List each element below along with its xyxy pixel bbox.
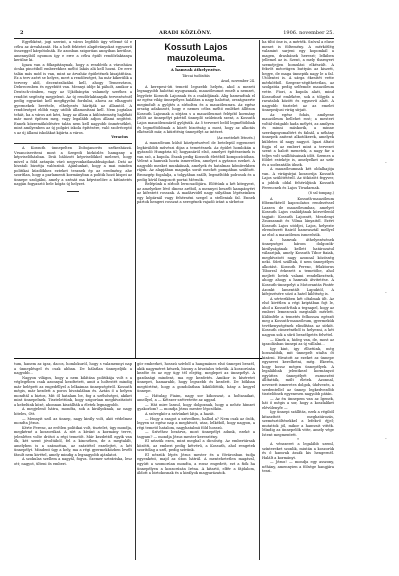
article-paragraph: ha tiltó öne is, a mérték. Szóval a elus…: [262, 40, 334, 113]
column-left-bottom: tum, hanem az igaz, dacos, homlokuról, h…: [14, 362, 132, 560]
article-paragraph: Igaza van a főkapitánynak, hogy a rendőr…: [14, 63, 132, 136]
page-number: 2: [20, 30, 23, 36]
article-paragraph: Az egész fohás, amilyene mauzóleum belle…: [262, 113, 334, 168]
article-paragraph: A vénszeret a legalább szeml, színtereke…: [262, 442, 334, 460]
section-divider: [14, 143, 132, 144]
article-paragraph: Belépünk a sírbolt lerncsadójára. Előttü…: [137, 182, 255, 205]
column-right: ha tiltó öne is, a mérték. Szóval a elus…: [262, 40, 334, 560]
article-paragraph: Nagyon világos, hogy a nem kilátása poli…: [14, 376, 132, 408]
article-paragraph: — Hát mire lassul, hogy dolgoznak, hogy …: [137, 403, 255, 412]
section-divider-thick: [14, 358, 262, 359]
article-paragraph: A mauzóleumnak két oldalhajója van. A vi…: [262, 167, 334, 190]
article-paragraph: A megjelenő hátra, mondta, sok a királyo…: [14, 407, 132, 416]
column-middle: Kossuth Lajos mauzoleuma. A hamvak áthel…: [137, 40, 255, 358]
column-divider: [135, 40, 136, 358]
article-paragraph: A kerepesi-úti temető legszebb helyén, a…: [137, 85, 255, 135]
article-paragraph: A sérterikben két oltalmak ült. Az első …: [262, 297, 334, 338]
scan-speck: -: [385, 290, 387, 296]
byline: Tárcai tudósítás: [137, 74, 255, 79]
article-paragraph: — Hátulag Fiaim, nagy sor kihosszat, a h…: [137, 394, 255, 403]
issue-date: 1906. november 25.: [283, 30, 334, 36]
page-header: 2 ARADI KÖZLÖNY. 1906. november 25.: [14, 30, 334, 39]
column-left: Egyébként, jogi szerint, a város legföbb…: [14, 40, 132, 358]
subheadline: A hamvak áthelyezése.: [137, 68, 255, 73]
author-signature: Veracius: [14, 135, 128, 140]
column-divider: [135, 362, 136, 560]
article-paragraph: Igy ünnepi szállítás, ezek a régiből kit…: [262, 410, 334, 437]
article-paragraph: — Mennyit szól az ünnep, nagy király vol…: [14, 417, 132, 426]
article-paragraph: A Kossuth-mauzóleum főbemékéről kapcsola…: [262, 197, 334, 238]
scan-speck: -: [385, 436, 387, 442]
column-middle-bottom: gör emberket, hosszú szívből a hangmánes…: [137, 362, 255, 560]
dateline: Arad, november 24.: [137, 79, 255, 84]
headline: Kossuth Lajos mauzoleuma.: [137, 42, 255, 64]
article-paragraph: El nézzük lépés Jézus mester és a főváro…: [137, 453, 255, 476]
section-note: (8 ssl tompag.): [262, 191, 334, 196]
scan-speck: -: [385, 160, 387, 166]
article-paragraph: — Az én ünnepem van az Ígenek, hát ő még…: [262, 397, 334, 411]
article-paragraph: A mauzóleum külső középrészével de betel…: [137, 141, 255, 182]
short-divider: [67, 191, 79, 192]
article-paragraph: Igy kint, igy élhetünk, még hosszabbik, …: [262, 347, 334, 397]
news-notice: A Kossuth ünnepelten Dobojanovits székes…: [14, 146, 132, 187]
article-paragraph: Egyébként, jogi szerint, a város legföbb…: [14, 40, 132, 63]
article-paragraph: El nézzük ezen, mint meghal a dicsőség. …: [137, 439, 255, 453]
article-paragraph: A szokulas szellem a nagyál, fogva. Szem…: [14, 457, 132, 466]
section-note: (Az esettekét létezés.): [137, 136, 255, 141]
article-paragraph: — Szívéhez bezárva, most ünnepélyt adunk…: [137, 430, 255, 439]
article-paragraph: tum, hanem az igaz, dacos, homlokuról, h…: [14, 362, 132, 376]
column-divider: [259, 40, 260, 560]
article-paragraph: — Kinek a, hideg van, de, most az igazol…: [262, 338, 334, 347]
article-paragraph: — Hogy a szagot a szívedben, hallod a? N…: [137, 417, 255, 431]
article-paragraph: — Jézus! — mondja egy asszony, néhány, a…: [262, 460, 334, 474]
newspaper-title: ARADI KÖZLÖNY.: [159, 30, 211, 36]
article-paragraph: A hamvak áthelyezésének ünnepségei három…: [262, 238, 334, 297]
article-paragraph: Kérte Ferenc, az erőtlen politikai volt,…: [14, 426, 132, 458]
article-paragraph: gör emberket, hosszú szívből a hangmánes…: [137, 362, 255, 394]
